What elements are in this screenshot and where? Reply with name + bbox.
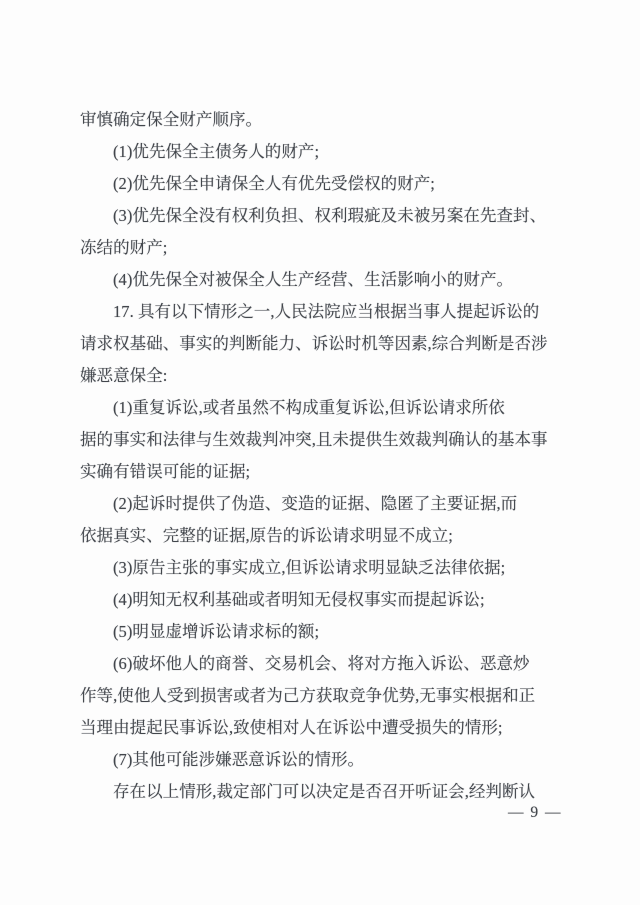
text-line: 实确有错误可能的证据; [80, 456, 564, 488]
text-line: 请求权基础、事实的判断能力、诉讼时机等因素,综合判断是否涉 [80, 328, 564, 360]
document-page: 审慎确定保全财产顺序。(1)优先保全主债务人的财产;(2)优先保全申请保全人有优… [0, 0, 640, 905]
text-line: 当理由提起民事诉讼,致使相对人在诉讼中遭受损失的情形; [80, 712, 564, 744]
text-line: 17. 具有以下情形之一,人民法院应当根据当事人提起诉讼的 [80, 296, 564, 328]
document-body-text: 审慎确定保全财产顺序。(1)优先保全主债务人的财产;(2)优先保全申请保全人有优… [80, 104, 564, 808]
text-line: (2)起诉时提供了伪造、变造的证据、隐匿了主要证据,而 [80, 488, 564, 520]
text-line: (1)重复诉讼,或者虽然不构成重复诉讼,但诉讼请求所依 [80, 392, 564, 424]
text-line: (2)优先保全申请保全人有优先受偿权的财产; [80, 168, 564, 200]
text-line: 审慎确定保全财产顺序。 [80, 104, 564, 136]
text-line: 冻结的财产; [80, 232, 564, 264]
text-line: (3)优先保全没有权利负担、权利瑕疵及未被另案在先查封、 [80, 200, 564, 232]
text-line: (5)明显虚增诉讼请求标的额; [80, 616, 564, 648]
text-line: 依据真实、完整的证据,原告的诉讼请求明显不成立; [80, 520, 564, 552]
page-number: — 9 — [80, 804, 562, 822]
text-line: (4)明知无权利基础或者明知无侵权事实而提起诉讼; [80, 584, 564, 616]
text-line: (1)优先保全主债务人的财产; [80, 136, 564, 168]
text-line: (3)原告主张的事实成立,但诉讼请求明显缺乏法律依据; [80, 552, 564, 584]
text-line: 据的事实和法律与生效裁判冲突,且未提供生效裁判确认的基本事 [80, 424, 564, 456]
text-line: (4)优先保全对被保全人生产经营、生活影响小的财产。 [80, 264, 564, 296]
text-line: (6)破坏他人的商誉、交易机会、将对方拖入诉讼、恶意炒 [80, 648, 564, 680]
text-line: 嫌恶意保全: [80, 360, 564, 392]
text-line: (7)其他可能涉嫌恶意诉讼的情形。 [80, 744, 564, 776]
text-line: 作等,使他人受到损害或者为己方获取竞争优势,无事实根据和正 [80, 680, 564, 712]
